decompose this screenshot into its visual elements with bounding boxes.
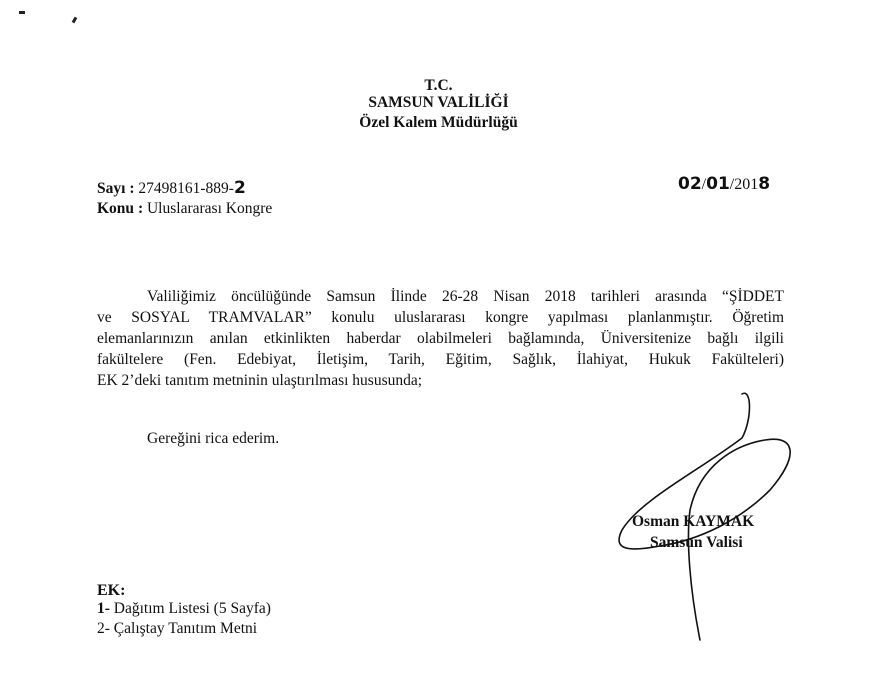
body-line: EK 2’deki tanıtım metninin ulaştırılması… (97, 370, 784, 391)
date-month: 01 (706, 174, 730, 194)
attachments-title: EK: (97, 582, 125, 600)
subject: Konu : Uluslararası Kongre (97, 200, 272, 218)
body-line: fakültelere (Fen. Edebiyat, İletişim, Ta… (97, 349, 784, 370)
signatory-title: Samsun Valisi (650, 534, 743, 552)
konu-value: Uluslararası Kongre (147, 200, 272, 217)
attachment-item: 1- Dağıtım Listesi (5 Sayfa) (97, 600, 271, 618)
letterhead-department: Özel Kalem Müdürlüğü (0, 114, 885, 132)
scan-speck (72, 17, 78, 24)
letterhead-country: T.C. (0, 77, 885, 95)
reference-number: Sayı : 27498161-889-2 (97, 178, 246, 198)
attachment-item: 2- Çalıştay Tanıtım Metni (97, 620, 257, 638)
body-line: Valiliğimiz öncülüğünde Samsun İlinde 26… (97, 286, 784, 307)
sayi-handwritten-digit: 2 (234, 178, 246, 198)
sayi-value: 27498161-889- (138, 180, 234, 197)
document-date: 02/01/2018 (678, 174, 770, 194)
date-day: 02 (678, 174, 702, 194)
letter-body: Valiliğimiz öncülüğünde Samsun İlinde 26… (97, 286, 784, 391)
closing-phrase: Gereğini rica ederim. (147, 430, 279, 448)
sayi-label: Sayı (97, 180, 125, 197)
konu-label: Konu (97, 200, 134, 217)
body-line: ve SOSYAL TRAMVALAR” konulu uluslararası… (97, 307, 784, 328)
date-year: 201 (734, 176, 758, 193)
scan-speck (19, 11, 25, 14)
body-line: elemanlarınızın anılan etkinlikten haber… (97, 328, 784, 349)
signatory-name: Osman KAYMAK (632, 513, 754, 531)
letterhead-institution: SAMSUN VALİLİĞİ (0, 94, 885, 112)
